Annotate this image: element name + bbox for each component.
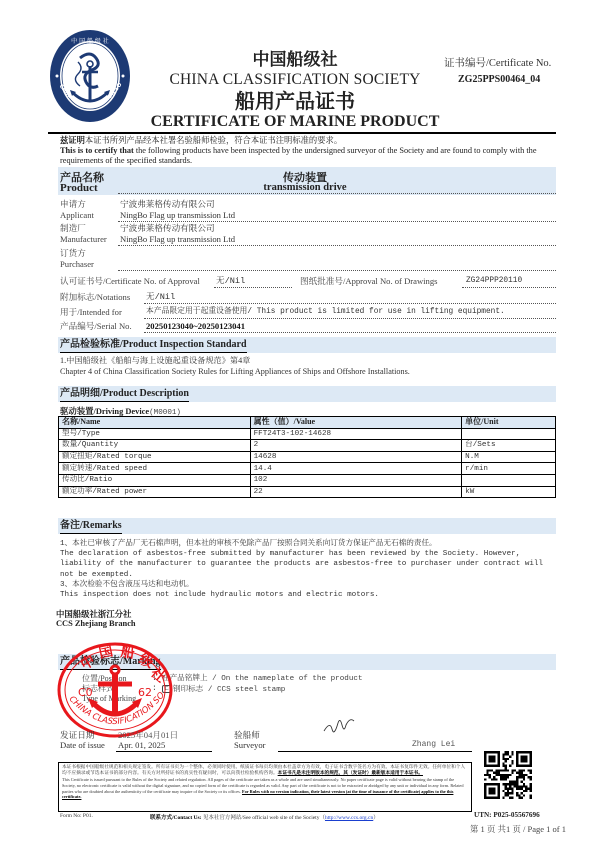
header-titles: 中国船级社 CHINA CLASSIFICATION SOCIETY 船用产品证… xyxy=(150,50,440,114)
society-name-cn: 中国船级社 xyxy=(150,50,440,70)
approval-cert-dotted-line xyxy=(214,287,292,288)
remarks-text: 1、本社已审核了产品厂无石棉声明，但本社的审核不免除产品厂按照合同关系向订货方保… xyxy=(60,539,560,600)
manufacturer-label-en: Manufacturer xyxy=(60,234,107,245)
certificate-no: ZG25PPS00464_04 xyxy=(458,74,540,85)
cell-name: 数量/Quantity xyxy=(59,440,251,452)
cell-value: 102 xyxy=(250,474,462,486)
purchaser-label-cn: 订货方 xyxy=(60,248,86,259)
svg-text:62: 62 xyxy=(138,686,152,699)
table-row: 型号/Type FFT24T3-102-14628 xyxy=(59,428,556,440)
column-header-value: 属性（值）/Value xyxy=(250,417,462,429)
table-row: 额定转速/Rated speed 14.4 r/min xyxy=(59,463,556,475)
serial-no-label: 产品编号/Serial No. xyxy=(60,321,132,332)
marking-position-value: 在产品铭牌上 / On the nameplate of the product xyxy=(162,674,363,684)
inspection-standard-en: Chapter 4 of China Classification Societ… xyxy=(60,367,410,376)
remark-line: 3、本次检验不包含液压马达和电动机。 xyxy=(60,580,560,590)
remark-line: not be exempted. xyxy=(60,570,560,580)
cell-unit: N.M xyxy=(462,451,556,463)
legal-notice-box: 本证书根据中国船级社规范和相关规定签发。所有证书页为一个整体，必须同时使用。纸质… xyxy=(58,762,472,812)
certification-statement: 兹证明本证书所列产品经本社署名验船师检验，符合本证书注明标准的要求。 This … xyxy=(60,136,560,167)
contact-label: 联系方式/Contact Us: xyxy=(150,815,201,821)
column-header-name: 名称/Name xyxy=(59,417,251,429)
cell-name: 额定扭矩/Rated torque xyxy=(59,451,251,463)
drawings-value: ZG24PPP20110 xyxy=(466,276,522,287)
purchaser-dotted-line xyxy=(118,270,556,271)
cell-value: 22 xyxy=(250,486,462,498)
ccs-logo-icon: 中 国 船 级 社 CHINA CLASSIFICATION SOCIETY xyxy=(48,28,132,124)
contact-us: 联系方式/Contact Us: 见本社官方网站/See official we… xyxy=(150,813,379,821)
table-row: 数量/Quantity 2 台/Sets xyxy=(59,440,556,452)
contact-text: 见本社官方网站/See official web site of the Soc… xyxy=(203,815,325,821)
surveyor-label-en: Surveyor xyxy=(234,740,266,751)
intended-for-value: 本产品限定用于起重设备使用/ This product is limited f… xyxy=(146,307,505,318)
purchaser-label-en: Purchaser xyxy=(60,259,94,270)
ccs-stamp-icon: C xyxy=(162,685,171,693)
marking-title: 产品检验标志/Marking xyxy=(60,655,161,670)
surveyor-underline xyxy=(278,751,472,752)
society-name-en: CHINA CLASSIFICATION SOCIETY xyxy=(150,70,440,89)
applicant-label-cn: 申请方 xyxy=(60,199,86,210)
remark-line: This inspection does not include hydraul… xyxy=(60,590,560,600)
certificate-title: CERTIFICATE OF MARINE PRODUCT xyxy=(140,112,450,132)
table-row: 额定功率/Rated power 22 kW xyxy=(59,486,556,498)
marking-colon: : xyxy=(152,684,157,694)
date-issue-cn: 2025年04月01日 xyxy=(118,730,178,741)
serial-no-dotted-line xyxy=(144,332,556,333)
manufacturer-dotted-line xyxy=(118,245,556,246)
branch-name-en: CCS Zhejiang Branch xyxy=(56,619,136,628)
product-description-title: 产品明细/Product Description xyxy=(60,387,189,402)
date-underline xyxy=(116,751,212,752)
approval-cert-label: 认可证书号/Certificate No. of Approval xyxy=(60,276,200,287)
table-header-row: 名称/Name 属性（值）/Value 单位/Unit xyxy=(59,417,556,429)
intended-for-dotted-line xyxy=(144,318,556,319)
contact-close: ） xyxy=(373,815,379,821)
inspection-standard-title: 产品检验标准/Product Inspection Standard xyxy=(60,338,247,353)
device-label: 驱动装置/Driving Device xyxy=(60,407,149,416)
cell-value: 2 xyxy=(250,440,462,452)
ccs-website-link[interactable]: http://www.ccs.org.cn xyxy=(325,815,373,821)
cell-unit: r/min xyxy=(462,463,556,475)
inspection-standard-cn: 1.中国船级社《船舶与海上设施起重设备规范》第4章 xyxy=(60,355,250,366)
date-issue-label-en: Date of issue xyxy=(60,740,105,751)
applicant-value-cn: 宁波弗莱格传动有限公司 xyxy=(120,199,215,210)
cell-value: 14628 xyxy=(250,451,462,463)
manufacturer-value-cn: 宁波弗莱格传动有限公司 xyxy=(120,223,215,234)
remarks-band xyxy=(58,518,556,534)
certificate-page: 中 国 船 级 社 CHINA CLASSIFICATION SOCIETY 中… xyxy=(0,0,608,859)
intended-for-label: 用于/Intended for xyxy=(60,307,122,318)
surveyor-signature xyxy=(320,715,370,737)
statement-en-bold: This is to certify that xyxy=(60,146,134,155)
column-header-unit: 单位/Unit xyxy=(462,417,556,429)
cell-name: 传动比/Ratio xyxy=(59,474,251,486)
statement-cn-bold: 兹证明 xyxy=(60,136,85,145)
serial-no-value: 20250123040~20250123041 xyxy=(146,321,245,332)
remark-line: 1、本社已审核了产品厂无石棉声明，但本社的审核不免除产品厂按照合同关系向订货方保… xyxy=(60,539,560,549)
remark-line: liability of the manufacturer to guarant… xyxy=(60,559,560,569)
notations-dotted-line xyxy=(144,303,556,304)
remarks-title: 备注/Remarks xyxy=(60,519,122,534)
product-description-table: 名称/Name 属性（值）/Value 单位/Unit 型号/Type FFT2… xyxy=(58,416,556,498)
statement-cn: 本证书所列产品经本社署名验船师检验，符合本证书注明标准的要求。 xyxy=(85,136,342,145)
applicant-label-en: Applicant xyxy=(60,210,94,221)
cell-name: 额定转速/Rated speed xyxy=(59,463,251,475)
marking-type-label-en: Type of Marking xyxy=(82,694,136,704)
cell-unit xyxy=(462,474,556,486)
date-issue-label-cn: 发证日期 xyxy=(60,730,94,741)
cell-unit: kW xyxy=(462,486,556,498)
product-value-en: transmission drive xyxy=(250,182,360,193)
manufacturer-value-en: NingBo Flag up transmission Ltd xyxy=(120,234,235,245)
form-number: Form No: P01. xyxy=(60,813,93,819)
utn-number: UTN: P025-05567696 xyxy=(474,811,540,819)
svg-text:中 国 船 级 社: 中 国 船 级 社 xyxy=(71,37,109,45)
marking-colon: : xyxy=(152,674,157,684)
marking-type-label-cn: 标志样式 xyxy=(82,684,114,694)
applicant-dotted-line xyxy=(118,221,556,222)
marking-position-label: 位置/Position xyxy=(82,674,126,684)
header-divider xyxy=(48,132,556,134)
certificate-type-cn: 船用产品证书 xyxy=(150,90,440,114)
marking-type-value: C 钢印标志 / CCS steel stamp xyxy=(162,684,285,695)
drawings-label: 图纸批准号/Approval No. of Drawings xyxy=(300,276,437,287)
table-row: 额定扭矩/Rated torque 14628 N.M xyxy=(59,451,556,463)
drawings-dotted-line xyxy=(462,287,556,288)
cell-value: FFT24T3-102-14628 xyxy=(250,428,462,440)
marking-type-text: 钢印标志 / CCS steel stamp xyxy=(173,686,285,694)
cell-name: 型号/Type xyxy=(59,428,251,440)
notations-value: 无/Nil xyxy=(146,292,175,303)
certificate-no-label: 证书编号/Certificate No. xyxy=(444,55,551,70)
page-indicator: 第 1 页 共1 页 / Page 1 of 1 xyxy=(436,823,566,835)
legal-notice-cn-bold: 本证书凡是未注明版本的规范，其（发证时）最新版本适用于本证书。 xyxy=(278,771,423,776)
approval-cert-value: 无/Nil xyxy=(216,276,245,287)
product-label-en: Product xyxy=(60,182,98,194)
qr-code-icon[interactable] xyxy=(484,751,532,799)
surveyor-label-cn: 验船师 xyxy=(234,730,260,741)
cell-name: 额定功率/Rated power xyxy=(59,486,251,498)
notations-label: 附加标志/Notations xyxy=(60,292,130,303)
table-row: 传动比/Ratio 102 xyxy=(59,474,556,486)
applicant-value-en: NingBo Flag up transmission Ltd xyxy=(120,210,235,221)
cell-value: 14.4 xyxy=(250,463,462,475)
cell-unit: 台/Sets xyxy=(462,440,556,452)
surveyor-name: Zhang Lei xyxy=(412,740,455,751)
cell-unit xyxy=(462,428,556,440)
product-dotted-line xyxy=(118,193,556,194)
manufacturer-label-cn: 制造厂 xyxy=(60,223,86,234)
date-issue-en: Apr. 01, 2025 xyxy=(118,740,165,751)
remark-line: The declaration of asbestos-free submitt… xyxy=(60,549,560,559)
